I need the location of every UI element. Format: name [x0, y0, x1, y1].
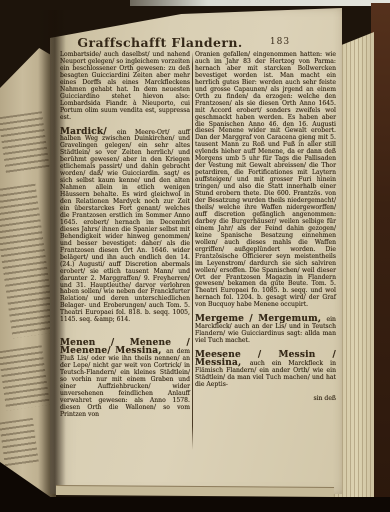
page-bottom-edge	[56, 485, 334, 497]
paragraph-text: an dem Fluß Lis/ oder wie ihn theils nen…	[60, 348, 190, 418]
book-page: Graffschafft Flandern. 183 Lombartside/ …	[50, 8, 342, 494]
open-book-scan: Graffschafft Flandern. 183 Lombartside/ …	[0, 0, 390, 512]
paragraph-menen: Menen / Menene / Meenene/ Messina,an dem…	[60, 340, 190, 418]
facing-page-text-fragment	[0, 418, 39, 468]
page-number: 183	[260, 37, 300, 47]
left-text-column: Lombartside/ auch daselbst/ und nahend N…	[60, 52, 190, 450]
paragraph-menen-continued: Oranien gefallen/ eingenommen hatten: wi…	[195, 52, 336, 309]
catchword: sin deß	[195, 396, 336, 403]
gutter-shadow	[38, 10, 66, 502]
dark-foot	[0, 497, 390, 512]
paragraph-mardick: Mardick/ein Meere-Ort/ auff halben Weg z…	[60, 129, 190, 325]
paragraph-text: Oranien gefallen/ eingenommen hatten: wi…	[195, 51, 336, 308]
paragraph-mergeme: Mergeme / Mergemum,ein Marckfleck/ auch …	[195, 316, 336, 345]
paragraph-text: ein Meere-Ort/ auff halben Weg zwischen …	[60, 129, 190, 324]
column-divider-rule	[192, 52, 193, 450]
running-head-title: Graffschafft Flandern.	[60, 35, 260, 50]
table-surface-strip	[130, 0, 390, 6]
paragraph-lombartside: Lombartside/ auch daselbst/ und nahend N…	[60, 52, 190, 122]
text-columns: Lombartside/ auch daselbst/ und nahend N…	[60, 52, 336, 450]
paragraph-text: Lombartside/ auch daselbst/ und nahend N…	[60, 51, 190, 121]
right-text-column: Oranien gefallen/ eingenommen hatten: wi…	[195, 52, 336, 450]
paragraph-meesene: Meesene / Messin / Messina,auch ein Marc…	[195, 352, 336, 389]
